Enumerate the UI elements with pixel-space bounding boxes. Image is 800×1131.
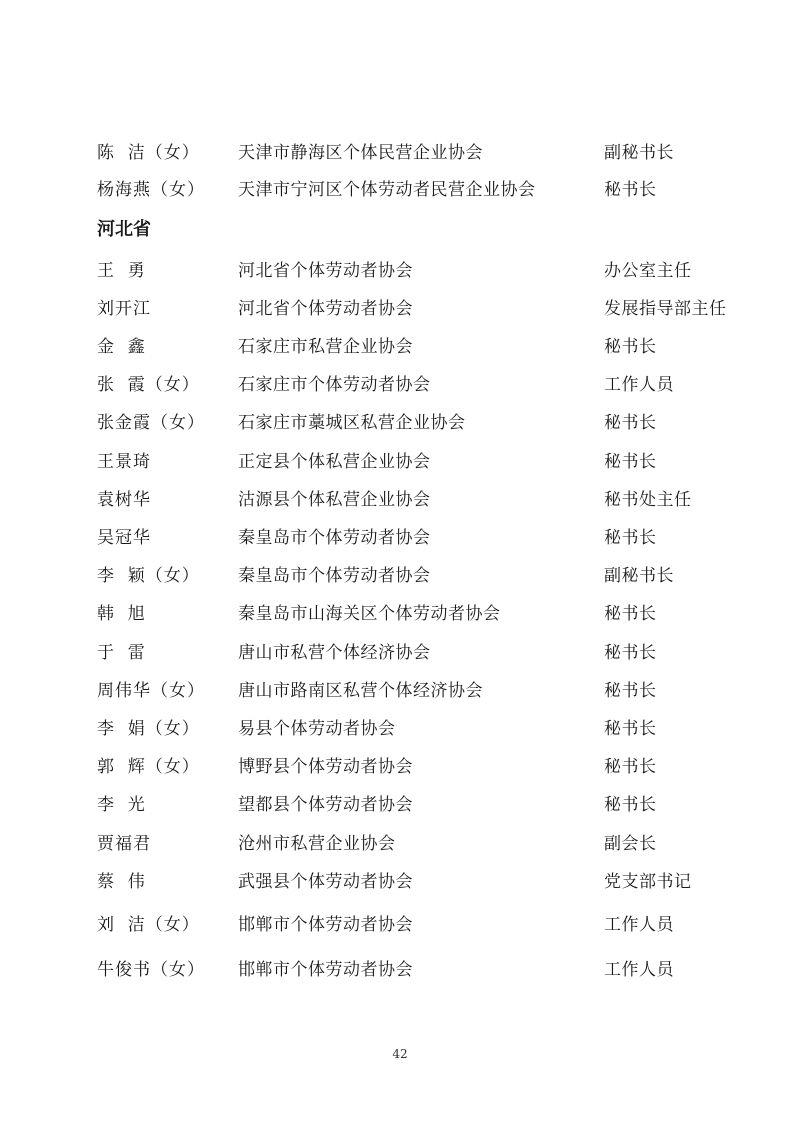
member-name: 王景琦 bbox=[97, 449, 151, 475]
member-position: 秘书长 bbox=[604, 678, 657, 704]
member-row: 吴冠华 秦皇岛市个体劳动者协会 秘书长 bbox=[0, 525, 800, 551]
member-organization: 沽源县个体私营企业协会 bbox=[238, 487, 431, 513]
member-position: 秘书长 bbox=[604, 792, 657, 818]
member-row: 刘开江 河北省个体劳动者协会 发展指导部主任 bbox=[0, 296, 800, 322]
member-name: 韩 旭 bbox=[97, 601, 146, 627]
member-organization: 石家庄市私营企业协会 bbox=[238, 334, 413, 360]
member-name: 张 霞（女） bbox=[97, 372, 200, 398]
member-organization: 武强县个体劳动者协会 bbox=[238, 869, 413, 895]
member-name: 杨海燕（女） bbox=[97, 177, 205, 203]
member-row: 李 光 望都县个体劳动者协会 秘书长 bbox=[0, 792, 800, 818]
member-name: 刘开江 bbox=[97, 296, 151, 322]
member-name: 李 颖（女） bbox=[97, 563, 200, 589]
member-name: 王 勇 bbox=[97, 258, 146, 284]
member-row: 陈 洁（女） 天津市静海区个体民营企业协会 副秘书长 bbox=[0, 140, 800, 166]
member-organization: 望都县个体劳动者协会 bbox=[238, 792, 413, 818]
member-position: 工作人员 bbox=[604, 372, 674, 398]
member-organization: 河北省个体劳动者协会 bbox=[238, 258, 413, 284]
member-position: 副会长 bbox=[604, 831, 657, 857]
member-name: 李 光 bbox=[97, 792, 146, 818]
page-number: 42 bbox=[0, 1047, 800, 1061]
member-organization: 秦皇岛市个体劳动者协会 bbox=[238, 525, 431, 551]
member-row: 杨海燕（女） 天津市宁河区个体劳动者民营企业协会 秘书长 bbox=[0, 177, 800, 203]
member-row: 李 颖（女） 秦皇岛市个体劳动者协会 副秘书长 bbox=[0, 563, 800, 589]
member-row: 刘 洁（女） 邯郸市个体劳动者协会 工作人员 bbox=[0, 912, 800, 938]
member-organization: 秦皇岛市个体劳动者协会 bbox=[238, 563, 431, 589]
member-organization: 沧州市私营企业协会 bbox=[238, 831, 396, 857]
member-organization: 易县个体劳动者协会 bbox=[238, 716, 396, 742]
member-name: 吴冠华 bbox=[97, 525, 151, 551]
member-position: 秘书处主任 bbox=[604, 487, 692, 513]
member-name: 陈 洁（女） bbox=[97, 140, 200, 166]
member-name: 李 娟（女） bbox=[97, 716, 200, 742]
member-name: 刘 洁（女） bbox=[97, 912, 200, 938]
member-organization: 邯郸市个体劳动者协会 bbox=[238, 912, 413, 938]
member-organization: 石家庄市藁城区私营企业协会 bbox=[238, 410, 466, 436]
member-row: 袁树华 沽源县个体私营企业协会 秘书处主任 bbox=[0, 487, 800, 513]
member-position: 秘书长 bbox=[604, 449, 657, 475]
member-position: 秘书长 bbox=[604, 601, 657, 627]
member-organization: 河北省个体劳动者协会 bbox=[238, 296, 413, 322]
member-row: 牛俊书（女） 邯郸市个体劳动者协会 工作人员 bbox=[0, 957, 800, 983]
member-organization: 博野县个体劳动者协会 bbox=[238, 754, 413, 780]
member-row: 王景琦 正定县个体私营企业协会 秘书长 bbox=[0, 449, 800, 475]
member-position: 秘书长 bbox=[604, 334, 657, 360]
member-organization: 天津市宁河区个体劳动者民营企业协会 bbox=[238, 177, 536, 203]
member-row: 张 霞（女） 石家庄市个体劳动者协会 工作人员 bbox=[0, 372, 800, 398]
member-row: 李 娟（女） 易县个体劳动者协会 秘书长 bbox=[0, 716, 800, 742]
member-position: 办公室主任 bbox=[604, 258, 692, 284]
member-name: 袁树华 bbox=[97, 487, 151, 513]
member-organization: 邯郸市个体劳动者协会 bbox=[238, 957, 413, 983]
member-position: 副秘书长 bbox=[604, 563, 674, 589]
member-row: 韩 旭 秦皇岛市山海关区个体劳动者协会 秘书长 bbox=[0, 601, 800, 627]
member-row: 金 鑫 石家庄市私营企业协会 秘书长 bbox=[0, 334, 800, 360]
member-row: 周伟华（女） 唐山市路南区私营个体经济协会 秘书长 bbox=[0, 678, 800, 704]
member-position: 秘书长 bbox=[604, 640, 657, 666]
member-row: 于 雷 唐山市私营个体经济协会 秘书长 bbox=[0, 640, 800, 666]
member-position: 秘书长 bbox=[604, 754, 657, 780]
member-position: 秘书长 bbox=[604, 525, 657, 551]
member-position: 发展指导部主任 bbox=[604, 296, 727, 322]
member-row: 蔡 伟 武强县个体劳动者协会 党支部书记 bbox=[0, 869, 800, 895]
member-name: 郭 辉（女） bbox=[97, 754, 200, 780]
member-name: 周伟华（女） bbox=[97, 678, 205, 704]
member-organization: 正定县个体私营企业协会 bbox=[238, 449, 431, 475]
member-position: 秘书长 bbox=[604, 716, 657, 742]
member-name: 于 雷 bbox=[97, 640, 146, 666]
member-organization: 唐山市路南区私营个体经济协会 bbox=[238, 678, 483, 704]
member-organization: 唐山市私营个体经济协会 bbox=[238, 640, 431, 666]
member-position: 党支部书记 bbox=[604, 869, 692, 895]
province-heading: 河北省 bbox=[97, 217, 151, 243]
member-name: 贾福君 bbox=[97, 831, 151, 857]
member-position: 秘书长 bbox=[604, 410, 657, 436]
member-row: 张金霞（女） 石家庄市藁城区私营企业协会 秘书长 bbox=[0, 410, 800, 436]
member-row: 王 勇 河北省个体劳动者协会 办公室主任 bbox=[0, 258, 800, 284]
member-organization: 秦皇岛市山海关区个体劳动者协会 bbox=[238, 601, 501, 627]
member-organization: 天津市静海区个体民营企业协会 bbox=[238, 140, 483, 166]
member-name: 蔡 伟 bbox=[97, 869, 146, 895]
member-name: 牛俊书（女） bbox=[97, 957, 205, 983]
member-name: 张金霞（女） bbox=[97, 410, 205, 436]
member-position: 秘书长 bbox=[604, 177, 657, 203]
document-page: 陈 洁（女） 天津市静海区个体民营企业协会 副秘书长 杨海燕（女） 天津市宁河区… bbox=[0, 0, 800, 1131]
member-position: 工作人员 bbox=[604, 957, 674, 983]
member-position: 副秘书长 bbox=[604, 140, 674, 166]
member-organization: 石家庄市个体劳动者协会 bbox=[238, 372, 431, 398]
member-name: 金 鑫 bbox=[97, 334, 146, 360]
member-row: 贾福君 沧州市私营企业协会 副会长 bbox=[0, 831, 800, 857]
member-row: 郭 辉（女） 博野县个体劳动者协会 秘书长 bbox=[0, 754, 800, 780]
member-position: 工作人员 bbox=[604, 912, 674, 938]
